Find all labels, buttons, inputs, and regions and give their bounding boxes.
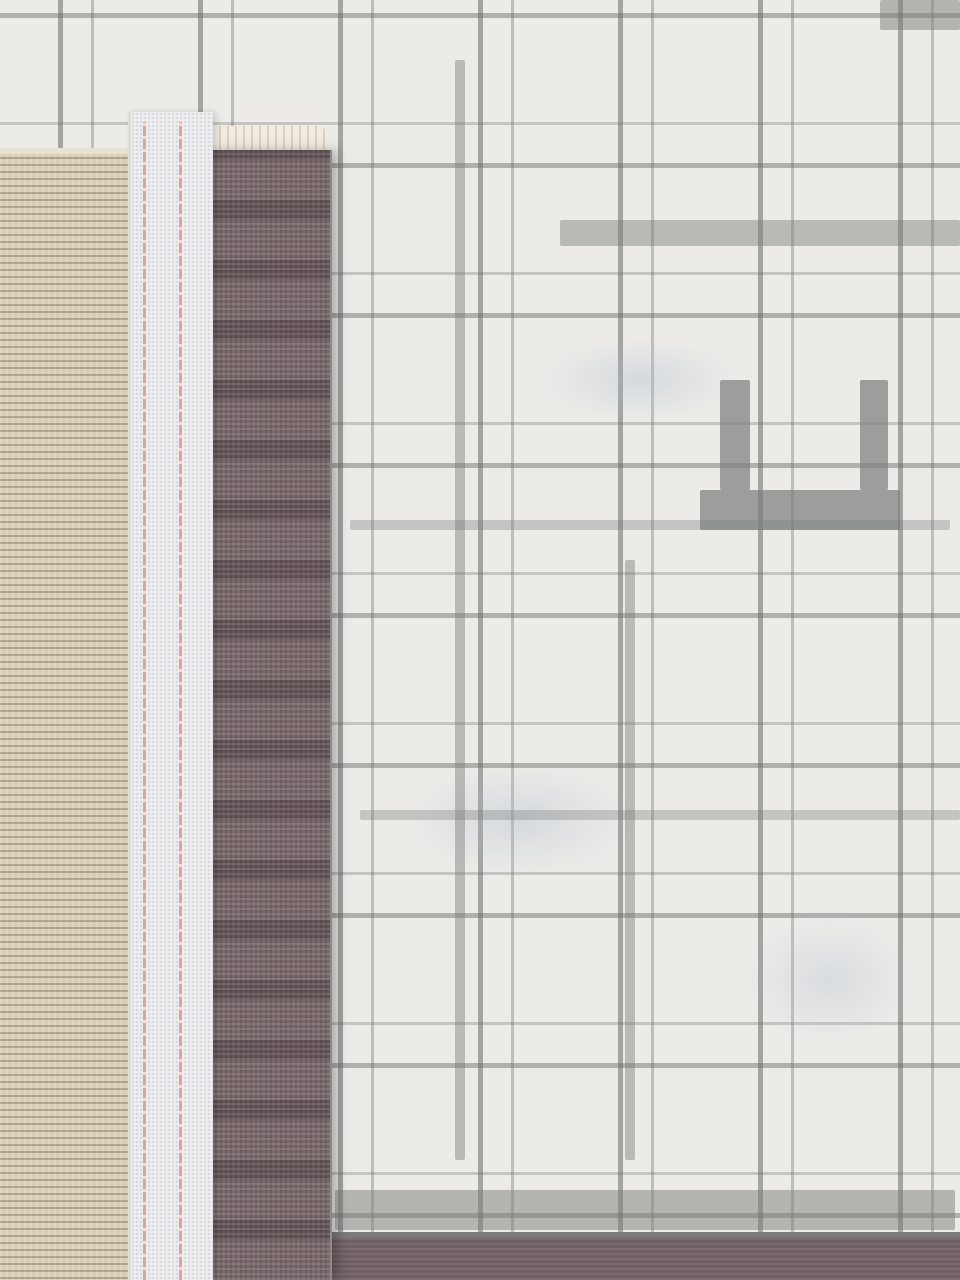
stitch-line — [143, 122, 146, 1280]
rug-back-edge-border — [205, 150, 332, 1280]
rug-backing — [0, 148, 140, 1280]
rug-photo — [0, 0, 960, 1280]
stitch-line — [179, 122, 182, 1280]
binding-tape — [128, 112, 213, 1280]
rug-front-border — [315, 1232, 960, 1280]
edge-fringe — [205, 126, 330, 152]
